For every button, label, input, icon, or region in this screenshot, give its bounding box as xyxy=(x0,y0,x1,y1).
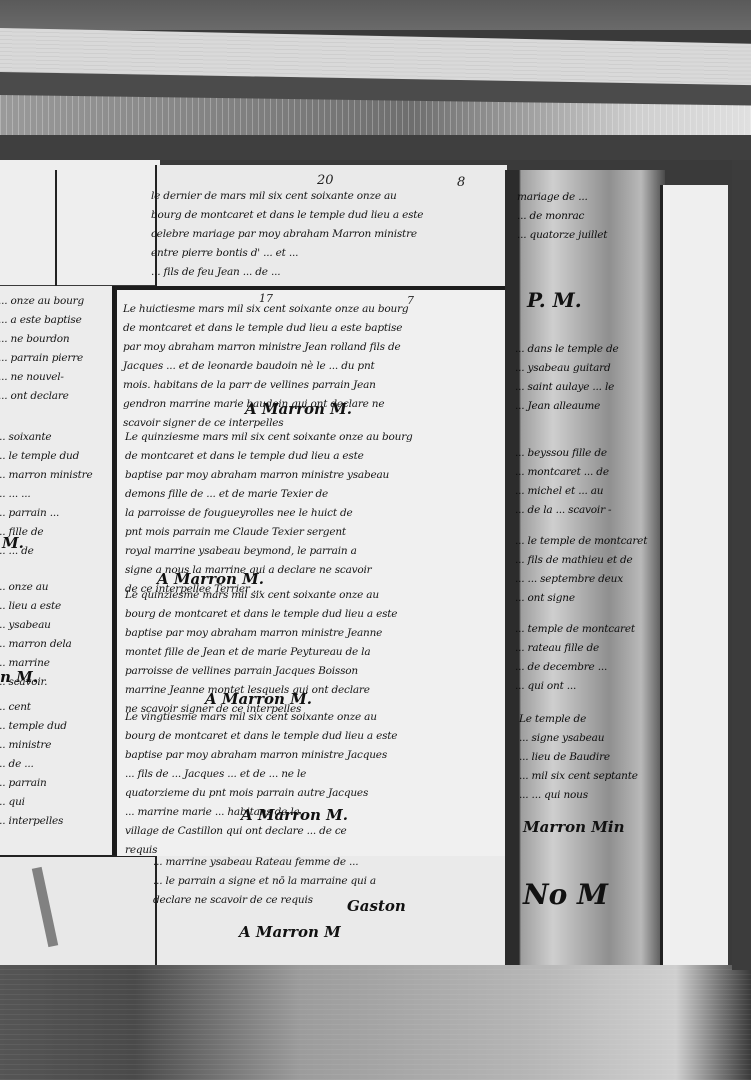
page-number-right: 8 xyxy=(457,175,465,190)
entry-4-signature: A Marron M. xyxy=(241,806,348,824)
right-fragments-3: ... le temple de montcaret ... fils de m… xyxy=(515,532,647,608)
right-fragments-2: ... beyssou fille de ... montcaret ... d… xyxy=(515,444,611,520)
right-page-strip: mariage de ... ... de monrac ... quatorz… xyxy=(505,170,665,965)
witness-signature: Gaston xyxy=(347,897,406,915)
left-signature-2: n M. xyxy=(0,668,38,686)
right-fragments-top: mariage de ... ... de monrac ... quatorz… xyxy=(517,188,607,245)
scan-band-lower xyxy=(0,135,751,160)
left-page-top-blank xyxy=(0,160,160,285)
right-fragments-4: ... temple de montcaret ... rateau fille… xyxy=(515,620,635,696)
right-fragments-5: Le temple de ... signe ysabeau ... lieu … xyxy=(519,710,638,805)
scan-border-right xyxy=(732,160,751,970)
left-signature-1: M. xyxy=(2,534,24,552)
back-entry-bottom: ... marrine ysabeau Rateau femme de ... … xyxy=(153,853,376,910)
right-blank-page xyxy=(660,185,732,965)
right-signature: Marron Min xyxy=(523,818,624,836)
right-fragments-1: ... dans le temple de ... ysabeau guitar… xyxy=(515,340,619,416)
baptism-entry-4: Le vingtiesme mars mil six cent soixante… xyxy=(125,708,397,860)
left-page-bottom-blank xyxy=(0,855,160,965)
page-number-left: 20 xyxy=(317,173,334,188)
minister-signature: A Marron M xyxy=(239,923,341,941)
left-fragments-top: ... onze au bourg ... a este baptise ...… xyxy=(0,292,84,406)
front-page: 17 7 Le huictiesme mars mil six cent soi… xyxy=(115,286,505,856)
right-initials: P. M. xyxy=(527,288,582,312)
entry-3-signature: A Marron M. xyxy=(205,690,312,708)
scan-border-top xyxy=(0,0,751,30)
page-fold-edge xyxy=(55,170,155,295)
entry-1-signature: A Marron M. xyxy=(245,400,352,418)
left-fragments-bottom: ... cent ... temple dud ... ministre ...… xyxy=(0,698,67,831)
right-flourish: No M xyxy=(523,878,608,911)
ink-smudge xyxy=(32,867,58,947)
left-page: ... onze au bourg ... a este baptise ...… xyxy=(0,286,115,856)
scan-border-bottom xyxy=(0,965,751,1080)
